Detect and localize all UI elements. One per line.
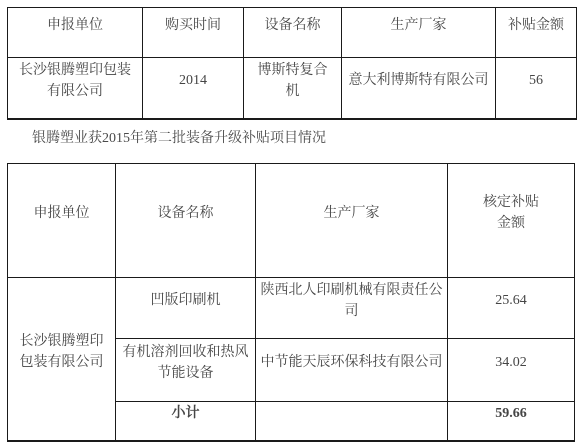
table2-header-row: 申报单位 设备名称 生产厂家 核定补贴 金额	[8, 163, 575, 277]
t2-subtotal-manufacturer-empty	[256, 401, 448, 441]
table1-header-row: 申报单位 购买时间 设备名称 生产厂家 补贴金额	[8, 8, 577, 58]
t2-cell-manufacturer: 陕西北人印刷机械有限责任公司	[256, 277, 448, 338]
t2-cell-applicant: 长沙银腾塑印包装有限公司	[8, 277, 116, 441]
t2-cell-amount: 34.02	[448, 338, 575, 401]
t1-cell-applicant: 长沙银腾塑印包装有限公司	[8, 58, 143, 119]
t2-subtotal-amount: 59.66	[448, 401, 575, 441]
t1-cell-subsidy: 56	[496, 58, 577, 119]
table2-row-gravure-press: 长沙银腾塑印包装有限公司 凹版印刷机 陕西北人印刷机械有限责任公司 25.64	[8, 277, 575, 338]
t2-header-manufacturer: 生产厂家	[256, 163, 448, 277]
t1-cell-purchase-time: 2014	[143, 58, 244, 119]
t2-cell-equipment: 有机溶剂回收和热风节能设备	[116, 338, 256, 401]
t2-cell-equipment: 凹版印刷机	[116, 277, 256, 338]
subsidy-table-2014: 申报单位 购买时间 设备名称 生产厂家 补贴金额 长沙银腾塑印包装有限公司 20…	[7, 7, 577, 120]
table1-data-row: 长沙银腾塑印包装有限公司 2014 博斯特复合机 意大利博斯特有限公司 56	[8, 58, 577, 119]
t2-cell-amount: 25.64	[448, 277, 575, 338]
document-page: 申报单位 购买时间 设备名称 生产厂家 补贴金额 长沙银腾塑印包装有限公司 20…	[0, 7, 580, 442]
t2-header-equipment: 设备名称	[116, 163, 256, 277]
t1-header-purchase-time: 购买时间	[143, 8, 244, 58]
t2-subtotal-label: 小计	[116, 401, 256, 441]
t1-header-equipment: 设备名称	[244, 8, 342, 58]
t1-cell-manufacturer: 意大利博斯特有限公司	[342, 58, 496, 119]
t2-header-approved-subsidy: 核定补贴 金额	[448, 163, 575, 277]
t2-cell-manufacturer: 中节能天辰环保科技有限公司	[256, 338, 448, 401]
section-caption: 银腾塑业获2015年第二批装备升级补贴项目情况	[32, 129, 580, 148]
t1-header-applicant: 申报单位	[8, 8, 143, 58]
t2-header-applicant: 申报单位	[8, 163, 116, 277]
subsidy-table-2015: 申报单位 设备名称 生产厂家 核定补贴 金额 长沙银腾塑印包装有限公司 凹版印刷…	[7, 163, 575, 443]
t1-cell-equipment: 博斯特复合机	[244, 58, 342, 119]
t1-header-manufacturer: 生产厂家	[342, 8, 496, 58]
t1-header-subsidy: 补贴金额	[496, 8, 577, 58]
